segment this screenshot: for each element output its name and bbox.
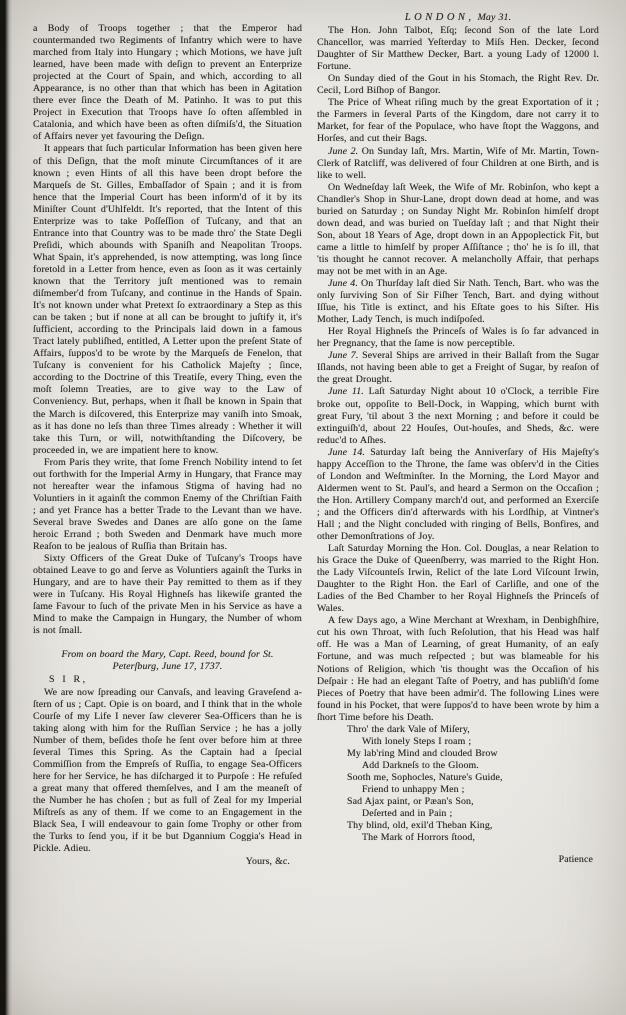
catchword: Patience bbox=[317, 854, 599, 866]
news-paragraph: June 11. Laſt Saturday Night about 10 o'… bbox=[317, 386, 599, 446]
poem: Thro' the dark Vale of Miſery,With lonel… bbox=[347, 724, 599, 844]
right-column-paragraphs: The Hon. John Talbot, Eſq; ſecond Son of… bbox=[317, 25, 599, 724]
poem-line: Deſerted and in Pain ; bbox=[362, 808, 599, 820]
news-paragraph: The Price of Wheat riſing much by the gr… bbox=[317, 97, 599, 145]
newspaper-scan: a Body of Troops together ; that the Emp… bbox=[0, 0, 626, 1015]
newspaper-page: a Body of Troops together ; that the Emp… bbox=[33, 10, 599, 868]
news-paragraph: Her Royal Highneſs the Princeſs of Wales… bbox=[317, 326, 599, 350]
left-column-paragraphs: a Body of Troops together ; that the Emp… bbox=[33, 23, 302, 637]
news-paragraph: On Wedneſday laſt Week, the Wife of Mr. … bbox=[317, 182, 599, 278]
scan-left-edge bbox=[0, 0, 12, 1015]
news-paragraph: It appears that ſuch particular Informat… bbox=[33, 143, 302, 456]
dateline: LONDON, May 31. bbox=[317, 12, 599, 24]
news-paragraph: June 2. On Sunday laſt, Mrs. Martin, Wif… bbox=[317, 146, 599, 182]
date-lead: June 14. bbox=[328, 447, 370, 458]
news-paragraph: June 4. On Thurſday laſt died Sir Nath. … bbox=[317, 278, 599, 326]
right-column: LONDON, May 31. The Hon. John Talbot, Eſ… bbox=[317, 10, 599, 868]
news-paragraph: Laſt Saturday Morning the Hon. Col. Doug… bbox=[317, 543, 599, 615]
letter-heading: From on board the Mary, Capt. Reed, boun… bbox=[33, 649, 302, 673]
letter-salutation: S I R, bbox=[33, 674, 302, 686]
poem-line: Add Darkneſs to the Gloom. bbox=[362, 760, 599, 772]
letter-body: We are now ſpreading our Canvaſs, and le… bbox=[33, 687, 302, 856]
date-lead: June 11. bbox=[328, 386, 369, 397]
poem-line: The Mark of Horrors ſtood, bbox=[362, 832, 599, 844]
poem-line: With lonely Steps I roam ; bbox=[362, 736, 599, 748]
letter-signoff: Yours, &c. bbox=[33, 856, 302, 868]
poem-line: Thy blind, old, exil'd Theban King, bbox=[347, 820, 599, 832]
left-column: a Body of Troops together ; that the Emp… bbox=[33, 10, 302, 868]
date-lead: June 4. bbox=[328, 278, 361, 289]
dateline-date: May 31. bbox=[478, 12, 512, 23]
date-lead: June 2. bbox=[328, 146, 362, 157]
news-paragraph: a Body of Troops together ; that the Emp… bbox=[33, 23, 302, 143]
poem-line: Sooth me, Sophocles, Nature's Guide, bbox=[347, 772, 599, 784]
poem-line: Thro' the dark Vale of Miſery, bbox=[347, 724, 599, 736]
date-lead: June 7. bbox=[328, 350, 362, 361]
news-paragraph: June 7. Several Ships are arrived in the… bbox=[317, 350, 599, 386]
news-paragraph: Sixty Officers of the Great Duke of Tuſc… bbox=[33, 553, 302, 637]
news-paragraph: The Hon. John Talbot, Eſq; ſecond Son of… bbox=[317, 25, 599, 73]
poem-line: Sad Ajax paint, or Pæan's Son, bbox=[347, 796, 599, 808]
poem-line: Friend to unhappy Men ; bbox=[362, 784, 599, 796]
news-paragraph: June 14. Saturday laſt being the Anniver… bbox=[317, 447, 599, 543]
news-paragraph: On Sunday died of the Gout in his Stomac… bbox=[317, 73, 599, 97]
dateline-city: LONDON, bbox=[405, 12, 475, 23]
poem-line: My lab'ring Mind and clouded Brow bbox=[347, 748, 599, 760]
news-paragraph: From Paris they write, that ſome French … bbox=[33, 457, 302, 553]
news-paragraph: A few Days ago, a Wine Merchant at Wrexh… bbox=[317, 615, 599, 723]
